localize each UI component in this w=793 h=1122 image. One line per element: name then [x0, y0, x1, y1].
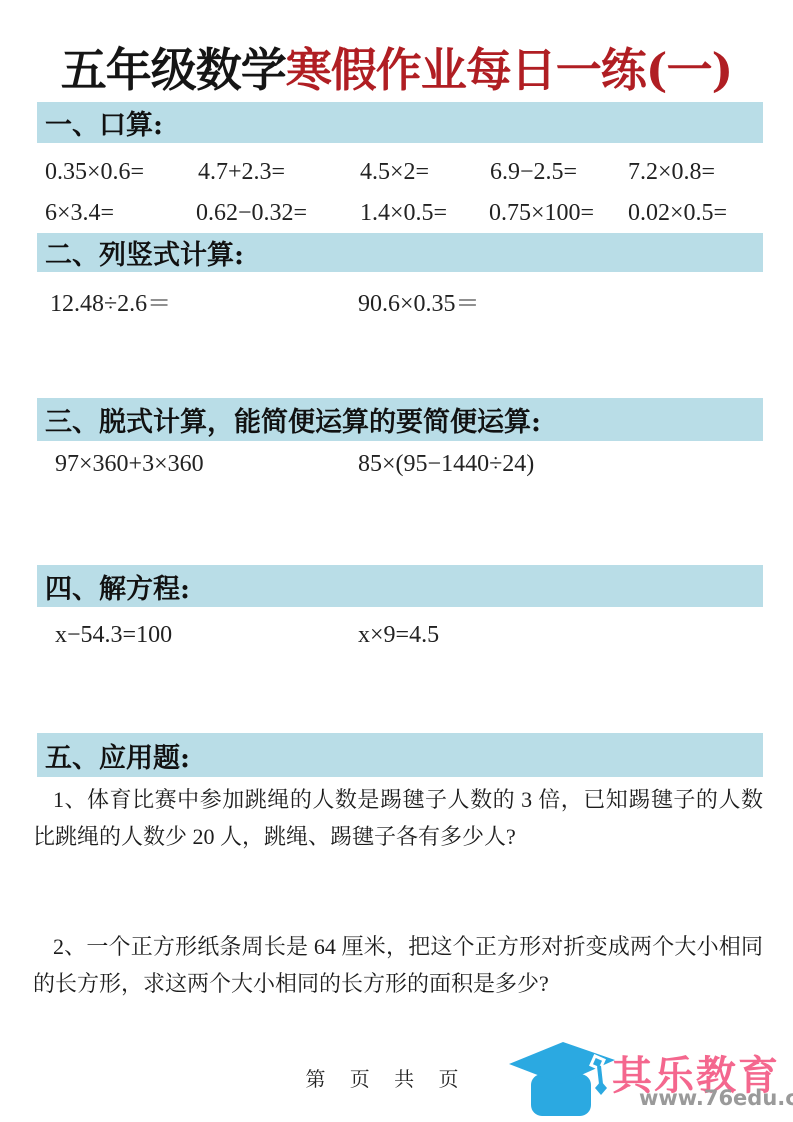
section-heading-stepwise: 三、脱式计算，能简便运算的要简便运算:	[37, 398, 763, 441]
section-heading-word-problems-label: 五、应用题:	[37, 736, 190, 775]
page-title-red: 寒假作业每日一练(一)	[286, 43, 733, 97]
section-heading-word-problems: 五、应用题:	[37, 733, 763, 777]
oral-problem: 7.2×0.8=	[628, 159, 715, 186]
section-heading-vertical: 二、列竖式计算:	[37, 233, 763, 272]
oral-problem: 6.9−2.5=	[490, 159, 577, 186]
oral-problem: 4.5×2=	[360, 159, 429, 186]
word-problem-1: 1、体育比赛中参加跳绳的人数是踢毽子人数的 3 倍，已知踢毽子的人数比跳绳的人数…	[33, 781, 763, 855]
word-problem-2: 2、一个正方形纸条周长是 64 厘米，把这个正方形对折变成两个大小相同的长方形，…	[33, 928, 763, 1002]
stepwise-problem: 85×(95−1440÷24)	[358, 451, 534, 478]
oral-problem: 1.4×0.5=	[360, 200, 447, 227]
oral-problem: 0.02×0.5=	[628, 200, 727, 227]
oral-problem: 4.7+2.3=	[198, 159, 285, 186]
page-title: 五年级数学寒假作业每日一练(一)	[0, 34, 793, 100]
oral-problem: 6×3.4=	[45, 200, 114, 227]
graduation-cap-icon	[505, 1036, 617, 1118]
oral-problem: 0.62−0.32=	[196, 200, 307, 227]
vertical-problem: 12.48÷2.6＝	[50, 283, 171, 318]
vertical-problem: 90.6×0.35＝	[358, 283, 480, 318]
equation-problem: x×9=4.5	[358, 622, 439, 649]
oral-problem: 0.35×0.6=	[45, 159, 144, 186]
section-heading-vertical-label: 二、列竖式计算:	[37, 233, 244, 272]
brand-logo: 其乐教育 www.76edu.com	[505, 1034, 793, 1120]
section-heading-oral-label: 一、口算:	[37, 103, 163, 142]
equation-problem: x−54.3=100	[55, 622, 172, 649]
section-heading-equations: 四、解方程:	[37, 565, 763, 607]
oral-problem: 0.75×100=	[489, 200, 594, 227]
worksheet-page: 五年级数学寒假作业每日一练(一) 一、口算: 0.35×0.6= 4.7+2.3…	[0, 0, 793, 1122]
section-heading-equations-label: 四、解方程:	[37, 567, 190, 606]
page-title-black: 五年级数学	[61, 43, 286, 97]
brand-website: www.76edu.com	[639, 1086, 793, 1110]
section-heading-oral: 一、口算:	[37, 102, 763, 143]
stepwise-problem: 97×360+3×360	[55, 451, 204, 478]
section-heading-stepwise-label: 三、脱式计算，能简便运算的要简便运算:	[37, 400, 541, 439]
